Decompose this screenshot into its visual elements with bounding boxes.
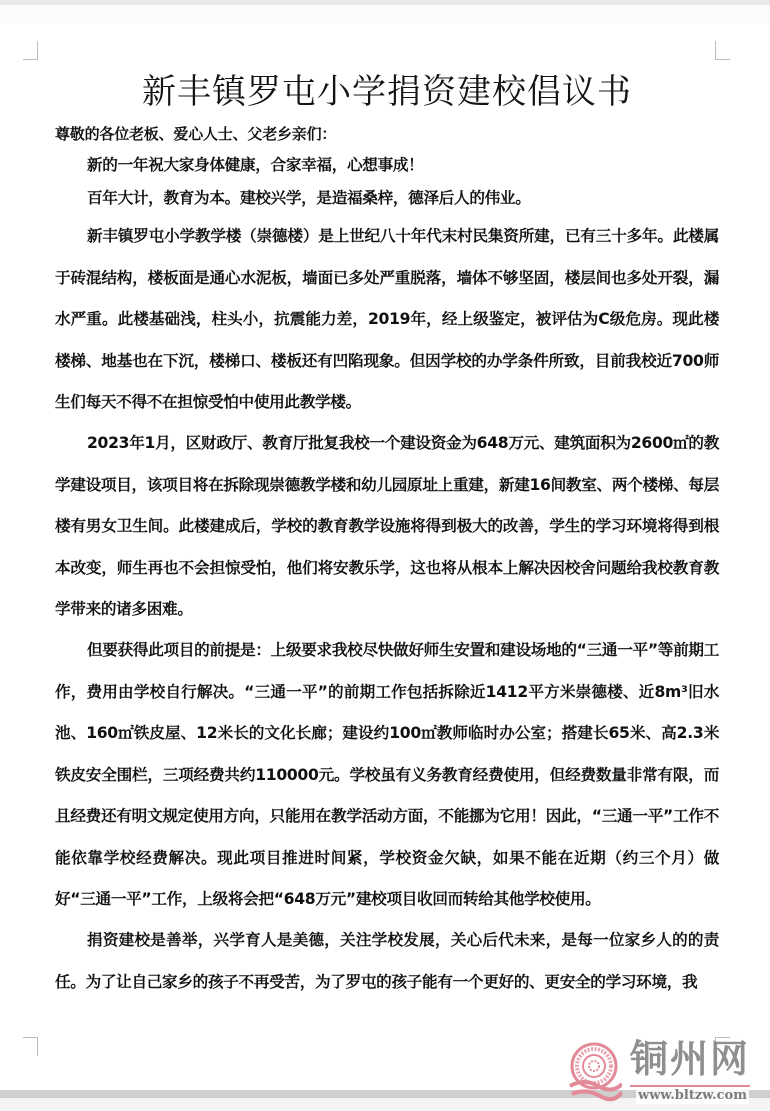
paragraph-education: 百年大计，教育为本。建校兴学，是造福桑梓，德泽后人的伟业。 [55,180,719,216]
document-page: 新丰镇罗屯小学捐资建校倡议书 尊敬的各位老板、爱心人士、父老乡亲们： 新的一年祝… [55,66,719,1003]
page-corner-mark-top-right [715,41,730,60]
salutation: 尊敬的各位老板、爱心人士、父老乡亲们： [55,118,719,144]
paragraph-donation-appeal: 捐资建校是善举，兴学育人是美德，关注学校发展，关心后代未来，是每一位家乡人的的责… [55,920,719,1003]
page-corner-mark-top-left [23,41,38,60]
watermark-site-name: 铜州网 [630,1036,750,1082]
top-edge-shadow [0,5,770,23]
site-watermark: 铜州网 www.bltzw.com [566,1036,770,1108]
watermark-url: www.bltzw.com [636,1088,749,1104]
document-title: 新丰镇罗屯小学捐资建校倡议书 [55,66,719,118]
paragraph-project-approval: 2023年1月，区财政厅、教育厅批复我校一个建设资金为648万元、建筑面积为26… [55,423,719,630]
page-corner-mark-bottom-left [23,1037,38,1056]
red-circular-seal-icon [566,1040,622,1104]
paragraph-preconditions: 但要获得此项目的前提是：上级要求我校尽快做好师生安置和建设场地的“三通一平”等前… [55,630,719,920]
watermark-divider [630,1085,750,1087]
paragraph-building-condition: 新丰镇罗屯小学教学楼（崇德楼）是上世纪八十年代末村民集资所建，已有三十多年。此楼… [55,216,719,423]
